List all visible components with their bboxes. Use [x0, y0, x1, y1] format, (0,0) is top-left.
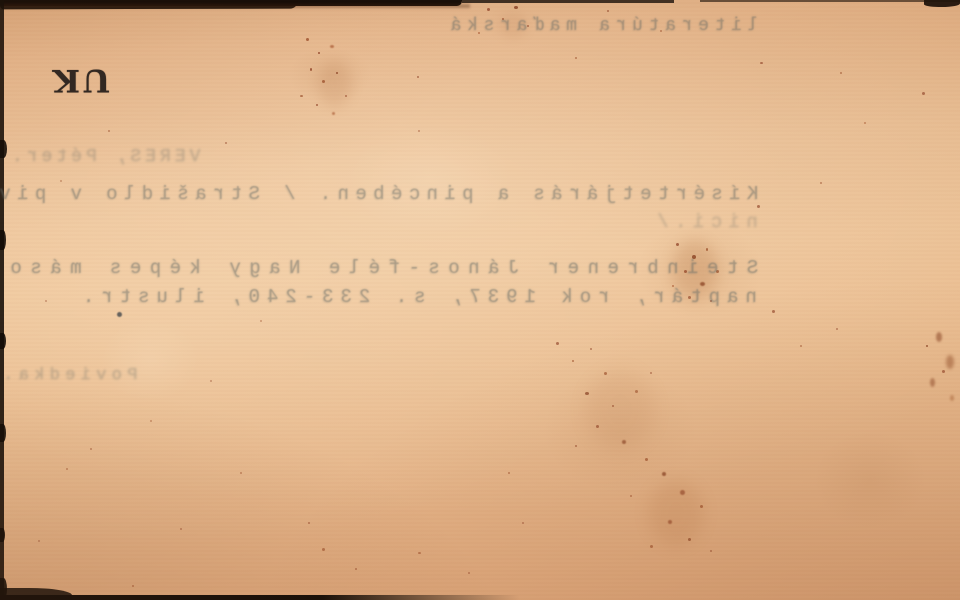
foxing-stain	[800, 345, 802, 347]
scan-edge-left-bump	[0, 333, 6, 349]
foxing-stain	[590, 348, 592, 350]
foxing-stain	[308, 522, 310, 524]
foxing-stain	[946, 355, 954, 369]
scan-edge-left-bump	[0, 528, 5, 542]
foxing-stain	[316, 104, 318, 106]
uk-library-stamp: UK	[50, 62, 110, 98]
foxing-stain	[840, 72, 842, 74]
foxing-stain	[468, 572, 470, 574]
source-line-1: Steinbrener János-féle Nagy képes máso	[2, 257, 758, 280]
foxing-stain	[514, 6, 518, 9]
foxing-stain	[864, 122, 866, 124]
title-line-2-wrap: nici./	[651, 211, 758, 234]
foxing-stain	[942, 370, 945, 373]
foxing-stain	[575, 57, 577, 59]
foxing-stain	[66, 468, 68, 470]
foxing-stain	[418, 130, 420, 132]
scan-edge-bottom	[0, 595, 520, 600]
foxing-stain	[318, 52, 320, 54]
source-line-2: naptár, rok 1937, s. 233-240, ilustr.	[76, 286, 757, 309]
foxing-stain	[556, 342, 559, 345]
foxing-stain	[318, 60, 352, 108]
foxing-stain	[417, 76, 419, 78]
foxing-stain	[922, 92, 925, 95]
foxing-stain	[210, 380, 212, 382]
foxing-stain	[522, 522, 524, 524]
catalog-card-scan: UK literatúra maďarská VERES, Péter. Kís…	[0, 0, 960, 600]
scan-edge-top-thin-right	[700, 0, 960, 2]
author-line: VERES, Péter.	[8, 147, 200, 169]
foxing-stain	[926, 345, 928, 347]
foxing-stain	[662, 472, 666, 476]
foxing-stain	[936, 332, 942, 342]
foxing-stain	[676, 243, 679, 246]
foxing-stain	[930, 378, 935, 387]
foxing-stain	[150, 420, 152, 422]
foxing-stain	[630, 495, 632, 497]
genre-note-line: Poviedka.	[0, 366, 138, 386]
foxing-stain	[650, 372, 652, 374]
foxing-stain	[418, 552, 421, 554]
foxing-stain	[820, 182, 822, 184]
foxing-stain	[575, 445, 577, 447]
foxing-stain	[645, 458, 648, 461]
foxing-stain	[310, 68, 312, 71]
foxing-stain	[45, 300, 47, 302]
foxing-stain	[508, 472, 510, 474]
scan-edge-top-shadow	[0, 4, 470, 8]
foxing-stain	[572, 360, 574, 362]
foxing-stain	[322, 548, 325, 551]
foxing-stain	[260, 320, 262, 322]
foxing-stain	[487, 8, 490, 11]
foxing-stain	[836, 328, 838, 330]
annotation-literature-line: literatúra maďarská	[445, 16, 759, 38]
foxing-stain	[950, 395, 954, 401]
scan-edge-top-corner-blob	[924, 0, 960, 7]
foxing-stain	[585, 370, 655, 450]
scan-edge-left-bump	[0, 140, 7, 158]
foxing-stain	[760, 62, 763, 64]
scan-edge-left	[0, 0, 4, 600]
foxing-stain	[772, 310, 775, 313]
foxing-stain	[710, 550, 712, 552]
title-line-1: Kísértetjárás a pincében. / Strašidlo v …	[0, 183, 758, 206]
scan-edge-left-bump	[0, 230, 6, 250]
scan-edge-top-thin	[462, 0, 674, 3]
foxing-stain	[330, 45, 334, 48]
foxing-stain	[225, 142, 227, 144]
foxing-stain	[60, 180, 62, 182]
foxing-stain	[180, 528, 182, 530]
foxing-stain	[650, 545, 653, 548]
foxing-stain	[38, 540, 40, 542]
foxing-stain	[607, 10, 609, 12]
foxing-stain	[117, 312, 122, 317]
foxing-stain	[648, 480, 704, 546]
foxing-stain	[306, 38, 309, 41]
foxing-stain	[108, 130, 110, 132]
foxing-stain	[132, 585, 134, 587]
scan-edge-bottom-corner	[0, 588, 72, 600]
foxing-stain	[90, 448, 92, 450]
foxing-stain	[332, 112, 335, 115]
foxing-stain	[300, 95, 303, 97]
foxing-stain	[355, 568, 357, 570]
scan-edge-left-bump	[0, 424, 6, 442]
foxing-stain	[240, 472, 242, 474]
